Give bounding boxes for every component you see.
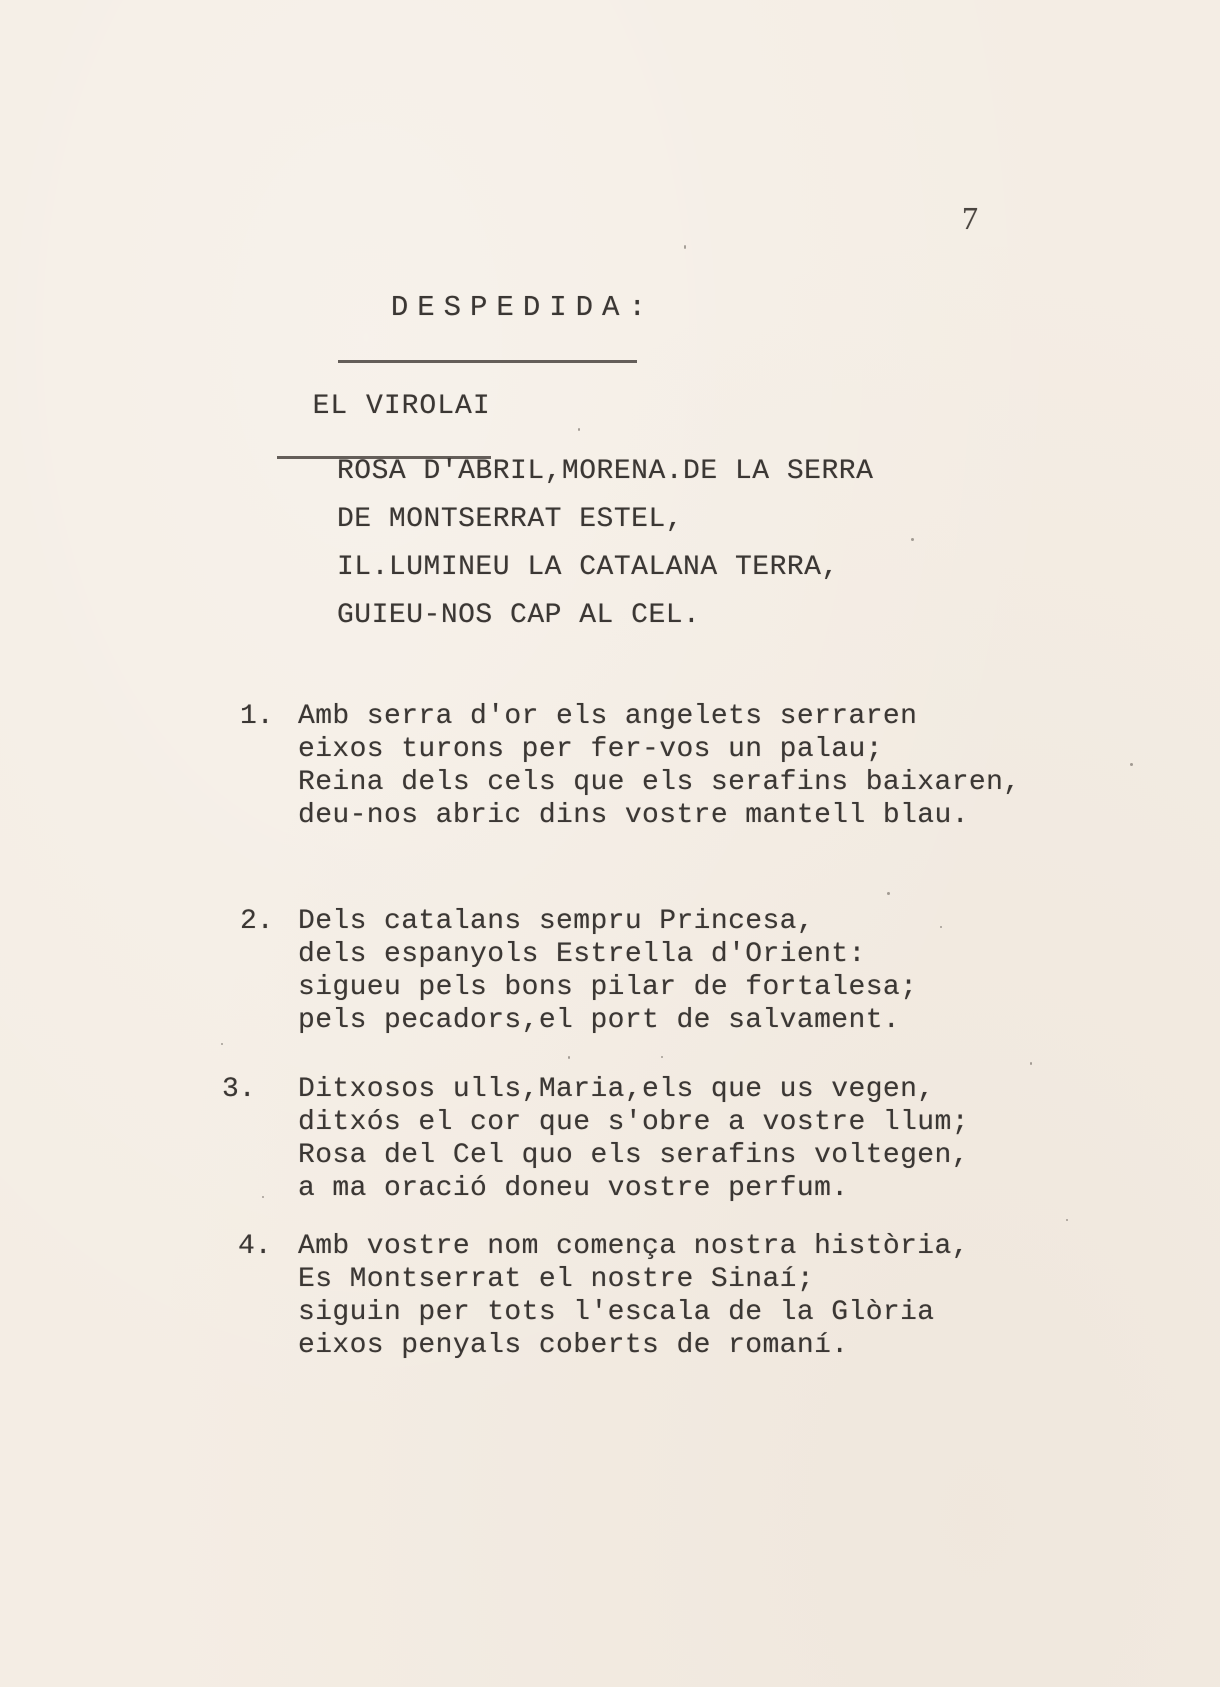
ink-speck [684, 245, 686, 249]
ink-speck [661, 1056, 663, 1058]
ink-speck [887, 892, 890, 895]
stanza-line: Reina dels cels que els serafins baixare… [298, 766, 1021, 799]
stanza-number: 1. [240, 700, 300, 733]
stanza-line: a ma oració doneu vostre perfum. [298, 1172, 969, 1205]
stanza-line: sigueu pels bons pilar de fortalesa; [298, 971, 917, 1004]
refrain-line: IL.LUMINEU LA CATALANA TERRA, [337, 544, 873, 592]
page-number: 7 [962, 200, 979, 237]
stanza-line: eixos turons per fer-vos un palau; [298, 733, 1021, 766]
ink-speck [1130, 763, 1133, 766]
stanza-number: 3. [222, 1073, 282, 1106]
ink-speck [568, 1056, 570, 1059]
song-title: EL VIROLAI [277, 360, 491, 453]
paper-background [0, 0, 1220, 1687]
stanza-line: ditxós el cor que s'obre a vostre llum; [298, 1106, 969, 1139]
stanza-line: Rosa del Cel quo els serafins voltegen, [298, 1139, 969, 1172]
stanza-line: siguin per tots l'escala de la Glòria [298, 1296, 969, 1329]
song-title-text: EL VIROLAI [313, 391, 491, 422]
stanza-line: Amb serra d'or els angelets serraren [298, 700, 1021, 733]
refrain-line: ROSA D'ABRIL,MORENA.DE LA SERRA [337, 448, 873, 496]
ink-speck [1030, 1062, 1032, 1065]
stanza-number: 2. [240, 905, 300, 938]
ink-speck [911, 538, 914, 541]
ink-speck [221, 1043, 223, 1045]
stanza-line: Amb vostre nom comença nostra història, [298, 1230, 969, 1263]
ink-speck [578, 428, 580, 431]
stanza-number: 4. [238, 1230, 298, 1263]
ink-speck [940, 926, 942, 928]
stanza-line: Ditxosos ulls,Maria,els que us vegen, [298, 1073, 969, 1106]
stanza-line: eixos penyals coberts de romaní. [298, 1329, 969, 1362]
stanza-line: dels espanyols Estrella d'Orient: [298, 938, 917, 971]
stanza-line: deu-nos abric dins vostre mantell blau. [298, 799, 1021, 832]
stanza-line: Es Montserrat el nostre Sinaí; [298, 1263, 969, 1296]
page-heading: DESPEDIDA: [338, 258, 655, 357]
refrain-line: GUIEU-NOS CAP AL CEL. [337, 592, 873, 640]
stanza-line: Dels catalans sempru Princesa, [298, 905, 917, 938]
heading-text: DESPEDIDA: [391, 291, 655, 324]
stanza-line: pels pecadors,el port de salvament. [298, 1004, 917, 1037]
ink-speck [1066, 1219, 1068, 1221]
refrain: ROSA D'ABRIL,MORENA.DE LA SERRA DE MONTS… [337, 448, 873, 640]
refrain-line: DE MONTSERRAT ESTEL, [337, 496, 873, 544]
ink-speck [262, 1196, 264, 1198]
